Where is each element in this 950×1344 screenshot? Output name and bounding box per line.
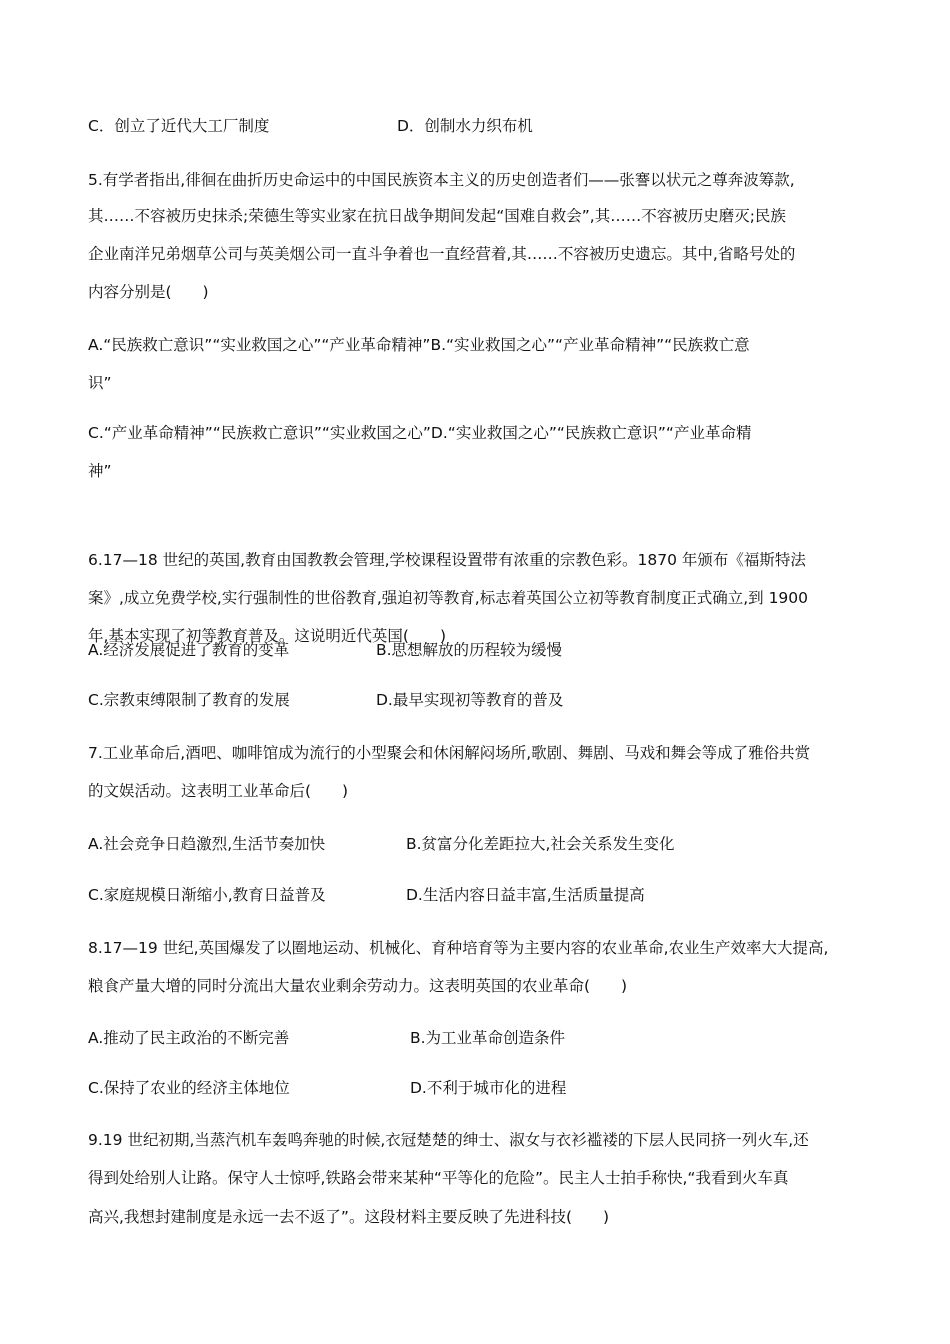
q5-stem-line-2: 其……不容被历史抹杀;荣德生等实业家在抗日战争期间发起“国难自救会”,其……不容… bbox=[88, 206, 786, 226]
q8-option-b: B.为工业革命创造条件 bbox=[410, 1028, 565, 1048]
q7-stem-line-1: 7.工业革命后,酒吧、咖啡馆成为流行的小型聚会和休闲解闷场所,歌剧、舞剧、马戏和… bbox=[88, 743, 810, 763]
q8-option-d: D.不利于城市化的进程 bbox=[410, 1078, 566, 1098]
q6-option-b: B.思想解放的历程较为缓慢 bbox=[376, 640, 562, 660]
q5-stem-line-4: 内容分别是( ) bbox=[88, 282, 209, 302]
q6-option-a: A.经济发展促进了教育的变革 bbox=[88, 640, 289, 660]
q8-stem-line-2: 粮食产量大增的同时分流出大量农业剩余劳动力。这表明英国的农业革命( ) bbox=[88, 976, 627, 996]
q6-stem-line-1: 6.17—18 世纪的英国,教育由国教教会管理,学校课程设置带有浓重的宗教色彩。… bbox=[88, 550, 806, 570]
q7-option-c: C.家庭规模日渐缩小,教育日益普及 bbox=[88, 885, 326, 905]
q6-option-c: C.宗教束缚限制了教育的发展 bbox=[88, 690, 290, 710]
q4-option-d: D．创制水力织布机 bbox=[397, 116, 533, 136]
q5-options-cd: C.“产业革命精神”“民族救亡意识”“实业救国之心”D.“实业救国之心”“民族救… bbox=[88, 423, 751, 443]
q5-stem-line-1: 5.有学者指出,徘徊在曲折历史命运中的中国民族资本主义的历史创造者们——张謇以状… bbox=[88, 170, 795, 190]
q5-options-ab-wrap: 识” bbox=[88, 373, 112, 393]
q7-option-d: D.生活内容日益丰富,生活质量提高 bbox=[406, 885, 645, 905]
q5-stem-line-3: 企业南洋兄弟烟草公司与英美烟公司一直斗争着也一直经营着,其……不容被历史遗忘。其… bbox=[88, 244, 795, 264]
q8-option-a: A.推动了民主政治的不断完善 bbox=[88, 1028, 289, 1048]
q8-option-c: C.保持了农业的经济主体地位 bbox=[88, 1078, 290, 1098]
q9-stem-line-1: 9.19 世纪初期,当蒸汽机车轰鸣奔驰的时候,衣冠楚楚的绅士、淑女与衣衫褴褛的下… bbox=[88, 1130, 809, 1150]
q9-stem-line-3: 高兴,我想封建制度是永远一去不返了”。这段材料主要反映了先进科技( ) bbox=[88, 1207, 609, 1227]
q7-option-a: A.社会竞争日趋激烈,生活节奏加快 bbox=[88, 834, 325, 854]
q7-stem-line-2: 的文娱活动。这表明工业革命后( ) bbox=[88, 781, 348, 801]
q6-option-d: D.最早实现初等教育的普及 bbox=[376, 690, 563, 710]
q8-stem-line-1: 8.17—19 世纪,英国爆发了以圈地运动、机械化、育种培育等为主要内容的农业革… bbox=[88, 938, 828, 958]
q5-options-ab: A.“民族救亡意识”“实业救国之心”“产业革命精神”B.“实业救国之心”“产业革… bbox=[88, 335, 750, 355]
q7-option-b: B.贫富分化差距拉大,社会关系发生变化 bbox=[406, 834, 675, 854]
q5-options-cd-wrap: 神” bbox=[88, 461, 112, 481]
q4-option-c: C．创立了近代大工厂制度 bbox=[88, 116, 269, 136]
q9-stem-line-2: 得到处给别人让路。保守人士惊呼,铁路会带来某种“平等化的危险”。民主人士拍手称快… bbox=[88, 1168, 788, 1188]
q6-stem-line-2: 案》,成立免费学校,实行强制性的世俗教育,强迫初等教育,标志着英国公立初等教育制… bbox=[88, 588, 808, 608]
